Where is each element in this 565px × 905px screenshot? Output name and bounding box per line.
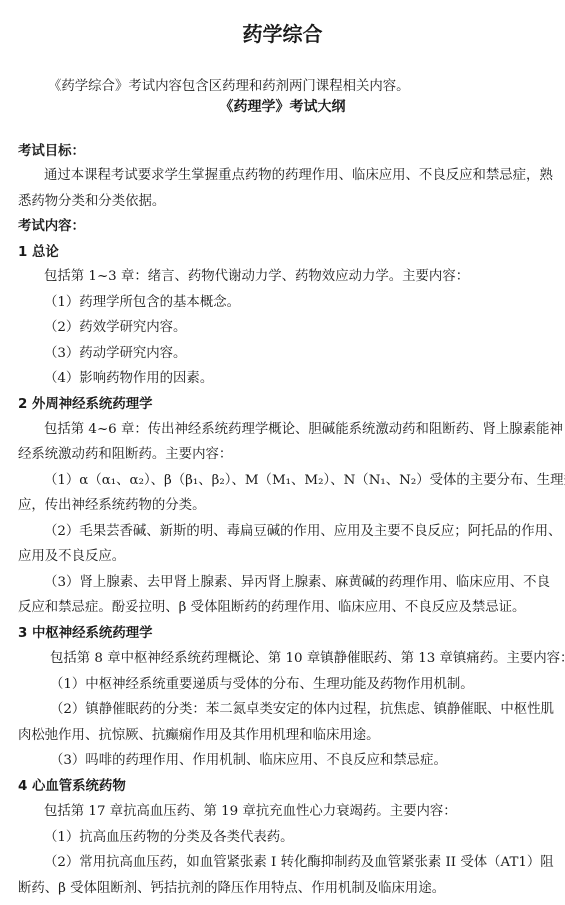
syllabus-subtitle: 《药理学》考试大纲 <box>0 96 565 116</box>
content-heading: 考试内容： <box>18 218 85 236</box>
section-3-item-3: （3）吗啡的药理作用、作用机制、临床应用、不良反应和禁忌症。 <box>50 752 447 770</box>
section-2-item-3-line1: （3）肾上腺素、去甲肾上腺素、异丙肾上腺素、麻黄碱的药理作用、临床应用、不良 <box>44 574 550 592</box>
intro-text: 《药学综合》考试内容包含区药理和药剂两门课程相关内容。 <box>48 78 410 96</box>
section-1-item-4: （4）影响药物作用的因素。 <box>44 370 213 388</box>
section-3-item-2-line1: （2）镇静催眠药的分类：苯二氮卓类安定的体内过程，抗焦虑、镇静催眠、中枢性肌 <box>50 701 550 719</box>
section-2-item-1-line2: 应，传出神经系统药物的分类。 <box>18 497 205 515</box>
section-3-heading: 3 中枢神经系统药理学 <box>18 625 153 643</box>
goal-heading: 考试目标： <box>18 143 85 161</box>
section-2-item-2-line2: 应用及不良反应。 <box>18 548 125 566</box>
section-3-item-2-line2: 肉松弛作用、抗惊厥、抗癫痫作用及其作用机理和临床用途。 <box>18 727 380 745</box>
section-4-intro: 包括第 17 章抗高血压药、第 19 章抗充血性心力衰竭药。主要内容： <box>44 803 457 821</box>
goal-text-line1: 通过本课程考试要求学生掌握重点药物的药理作用、临床应用、不良反应和禁忌症，熟 <box>44 167 550 185</box>
section-3-intro: 包括第 8 章中枢神经系统药理概论、第 10 章镇静催眠药、第 13 章镇痛药。… <box>50 650 565 668</box>
section-4-heading: 4 心血管系统药物 <box>18 778 126 796</box>
goal-text-line2: 悉药物分类和分类依据。 <box>18 193 165 211</box>
section-4-item-1: （1）抗高血压药物的分类及各类代表药。 <box>44 829 294 847</box>
section-1-item-3: （3）药动学研究内容。 <box>44 345 186 363</box>
page-title: 药学综合 <box>0 18 565 47</box>
section-2-item-2-line1: （2）毛果芸香碱、新斯的明、毒扁豆碱的作用、应用及主要不良反应；阿托品的作用、 <box>44 523 550 541</box>
section-4-item-2-line1: （2）常用抗高血压药，如血管紧张素 I 转化酶抑制药及血管紧张素 II 受体（A… <box>44 854 550 872</box>
section-3-item-1: （1）中枢神经系统重要递质与受体的分布、生理功能及药物作用机制。 <box>50 676 474 694</box>
section-2-item-1-line1: （1）α（α₁、α₂）、β（β₁、β₂）、M（M₁、M₂）、N（N₁、N₂）受体… <box>44 472 550 490</box>
section-4-item-2-line2: 断药、β 受体阻断剂、钙拮抗剂的降压作用特点、作用机制及临床用途。 <box>18 880 445 898</box>
section-2-heading: 2 外周神经系统药理学 <box>18 396 153 414</box>
section-1-heading: 1 总论 <box>18 244 59 262</box>
section-1-item-2: （2）药效学研究内容。 <box>44 319 186 337</box>
section-1-intro: 包括第 1~3 章：绪言、药物代谢动力学、药物效应动力学。主要内容： <box>44 268 469 286</box>
section-2-item-3-line2: 反应和禁忌症。酚妥拉明、β 受体阻断药的药理作用、临床应用、不良反应及禁忌证。 <box>18 599 525 617</box>
section-2-intro-line1: 包括第 4~6 章：传出神经系统药理学概论、胆碱能系统激动药和阻断药、肾上腺素能… <box>44 421 550 439</box>
section-2-intro-line2: 经系统激动药和阻断药。主要内容： <box>18 446 232 464</box>
section-1-item-1: （1）药理学所包含的基本概念。 <box>44 294 240 312</box>
